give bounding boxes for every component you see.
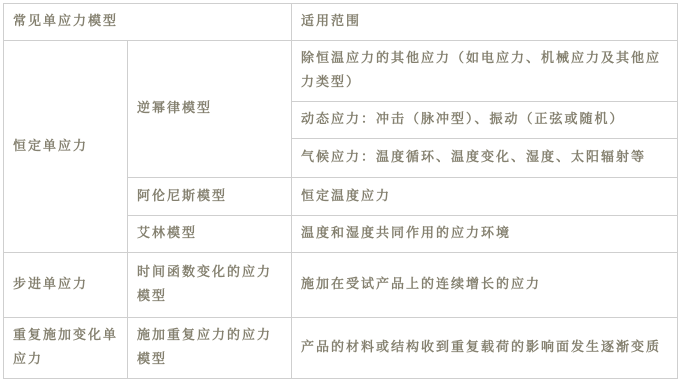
cell-eyring-model: 艾林模型 xyxy=(128,216,292,253)
table-row: 重复施加变化单应力 施加重复应力的应力模型 产品的材料或结构收到重复载荷的影响面… xyxy=(4,318,678,379)
table-header-row: 常见单应力模型 适用范围 xyxy=(4,4,678,41)
cell-scope-non-constant-temp-stress: 除恒温应力的其他应力（如电应力、机械应力及其他应力类型） xyxy=(292,41,678,102)
cell-scope-dynamic-stress: 动态应力：冲击（脉冲型）、振动（正弦或随机） xyxy=(292,102,678,139)
cell-scope-continuously-increasing-stress: 施加在受试产品上的连续增长的应力 xyxy=(292,253,678,318)
cell-scope-temp-humidity-combined: 温度和湿度共同作用的应力环境 xyxy=(292,216,678,253)
stress-models-table: 常见单应力模型 适用范围 恒定单应力 逆幂律模型 除恒温应力的其他应力（如电应力… xyxy=(3,3,678,379)
table-row: 恒定单应力 逆幂律模型 除恒温应力的其他应力（如电应力、机械应力及其他应力类型） xyxy=(4,41,678,102)
cell-step-single-stress: 步进单应力 xyxy=(4,253,128,318)
cell-scope-climatic-stress: 气候应力：温度循环、温度变化、湿度、太阳辐射等 xyxy=(292,139,678,178)
cell-scope-constant-temperature-stress: 恒定温度应力 xyxy=(292,178,678,216)
header-cell-applicable-scope: 适用范围 xyxy=(292,4,678,41)
cell-arrhenius-model: 阿伦尼斯模型 xyxy=(128,178,292,216)
table-row: 步进单应力 时间函数变化的应力模型 施加在受试产品上的连续增长的应力 xyxy=(4,253,678,318)
cell-constant-single-stress: 恒定单应力 xyxy=(4,41,128,253)
cell-scope-repeated-load-degradation: 产品的材料或结构收到重复载荷的影响面发生逐渐变质 xyxy=(292,318,678,379)
cell-inverse-power-law-model: 逆幂律模型 xyxy=(128,41,292,178)
cell-repeated-stress-model: 施加重复应力的应力模型 xyxy=(128,318,292,379)
cell-time-function-stress-model: 时间函数变化的应力模型 xyxy=(128,253,292,318)
header-cell-common-single-stress-models: 常见单应力模型 xyxy=(4,4,292,41)
cell-repeated-variable-single-stress: 重复施加变化单应力 xyxy=(4,318,128,379)
